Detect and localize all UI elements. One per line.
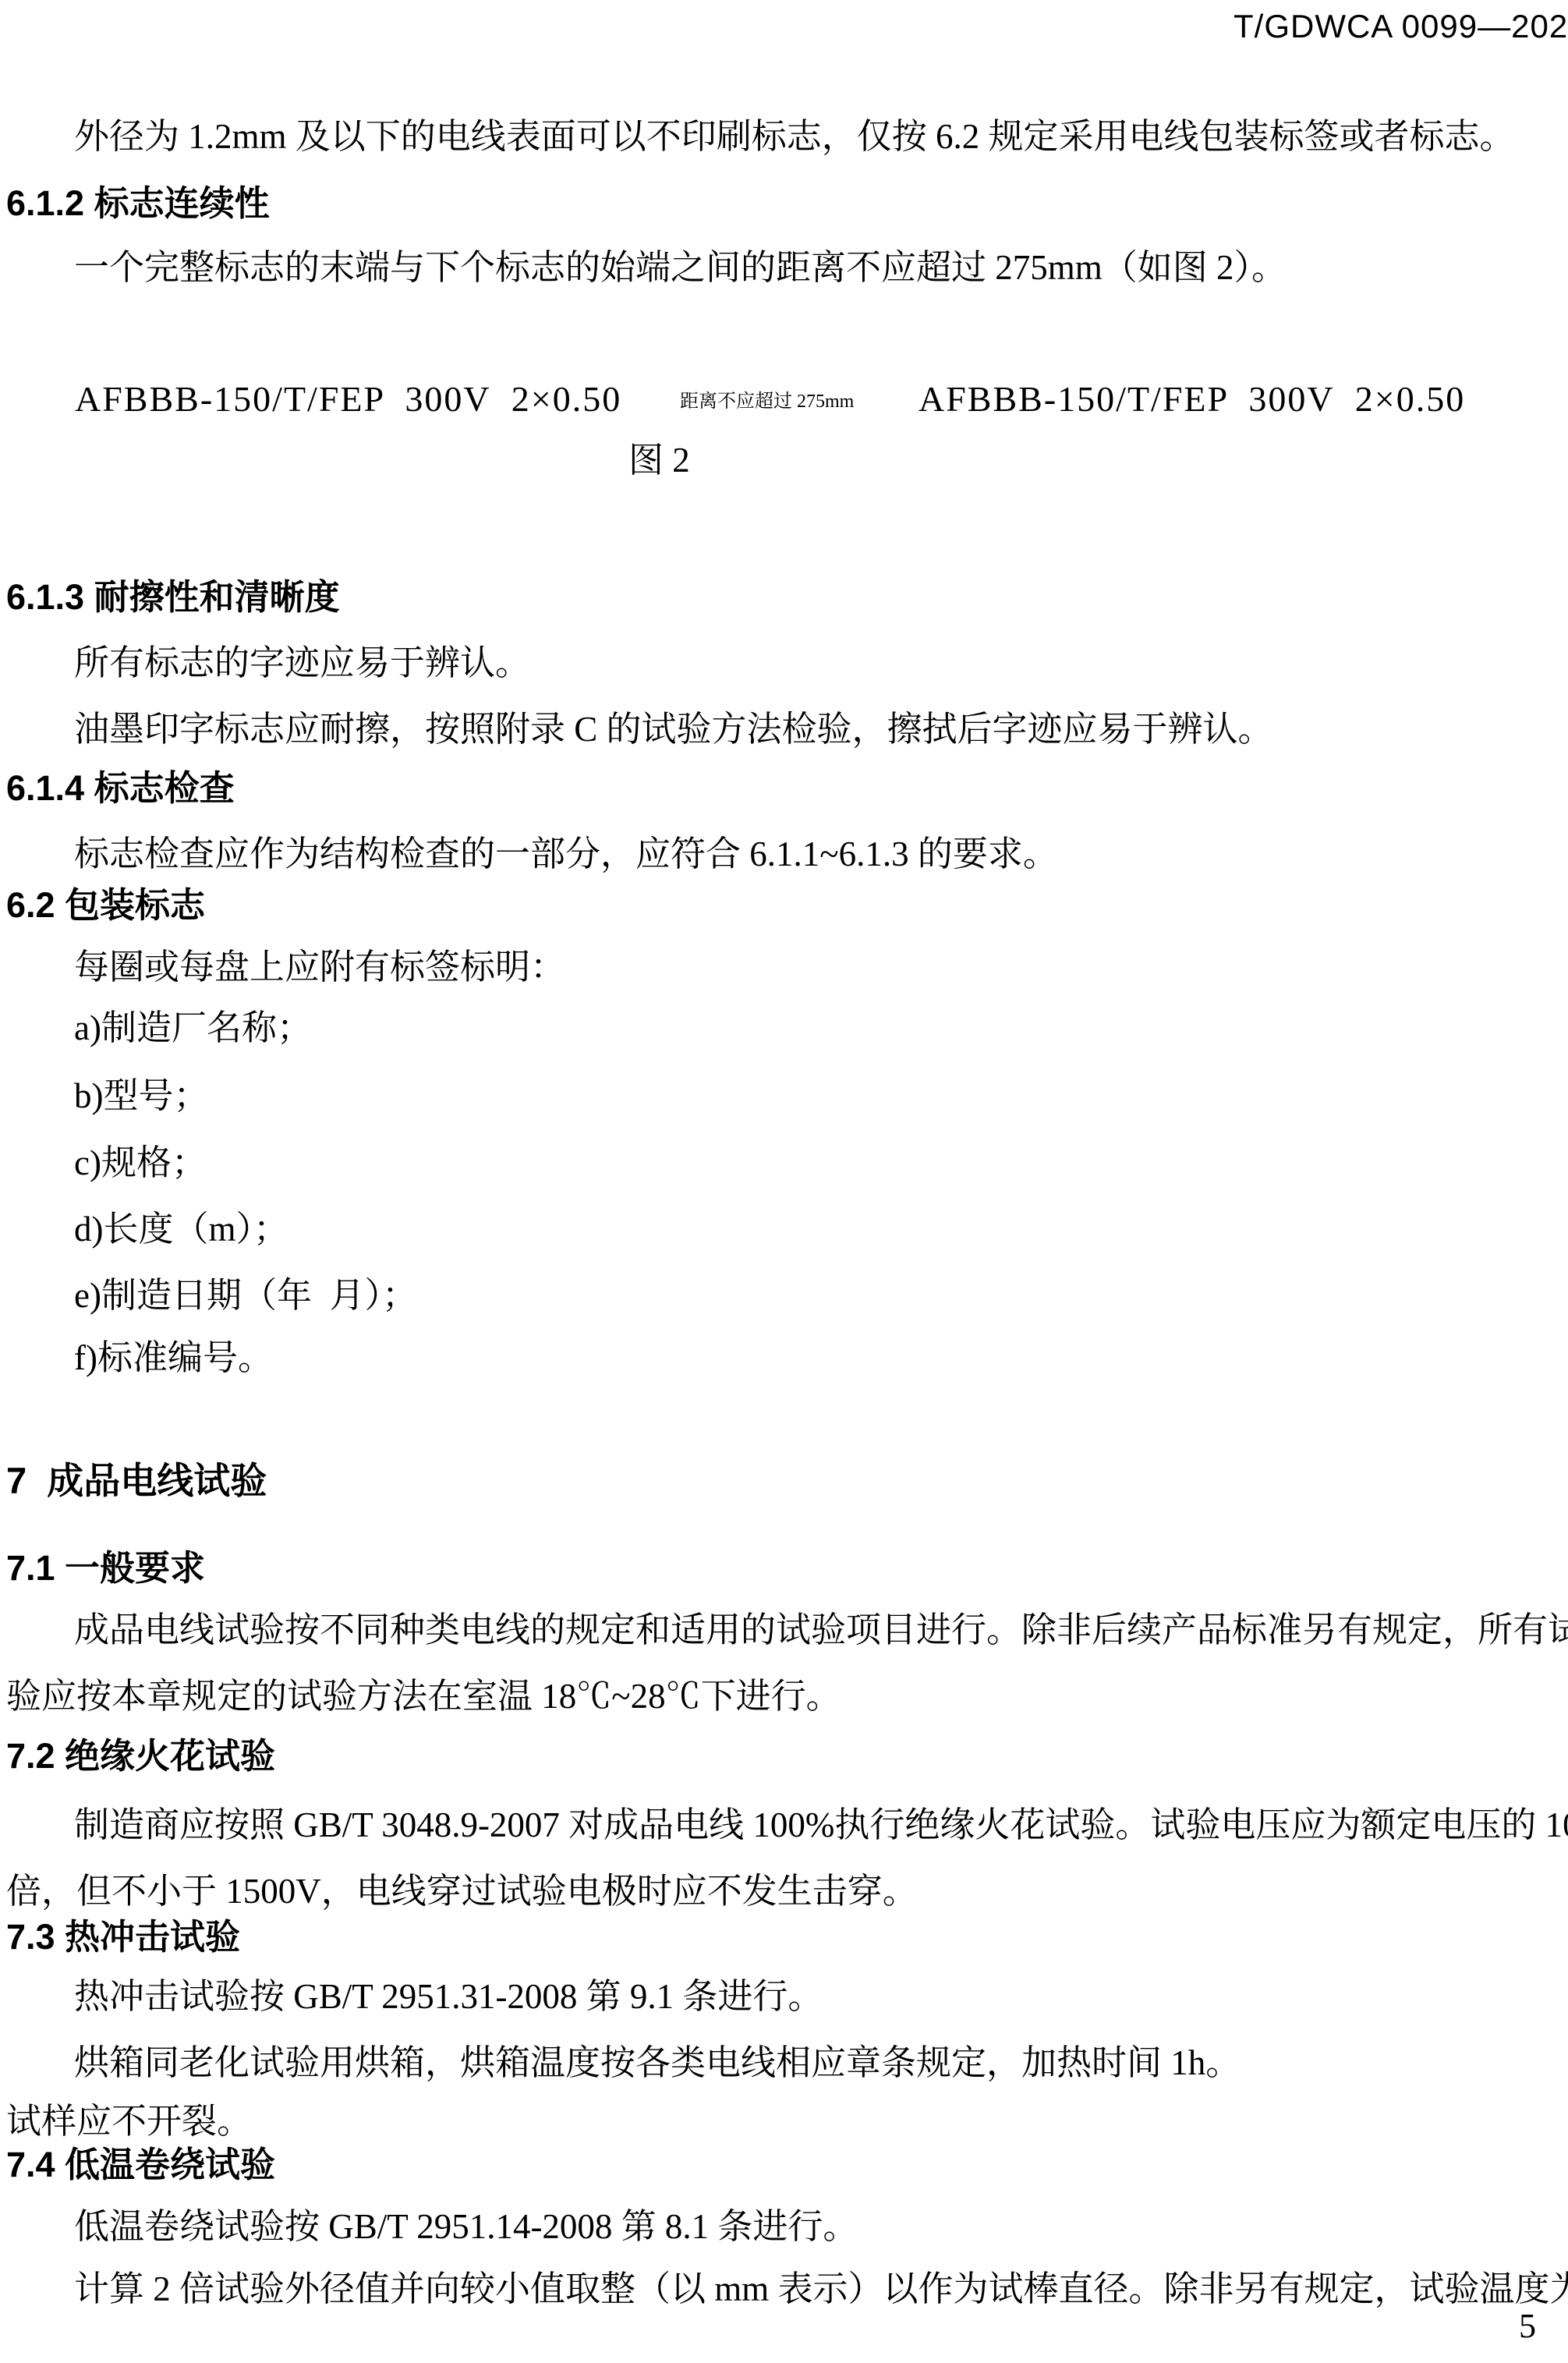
list-item-f: f)标准编号。 [74, 1338, 273, 1379]
section-heading-6-1-4: 6.1.4 标志检查 [6, 768, 235, 809]
paragraph-6-1-2: 一个完整标志的末端与下个标志的始端之间的距离不应超过 275mm（如图 2）。 [74, 248, 1287, 289]
section-heading-7-3: 7.3 热冲击试验 [6, 1917, 240, 1957]
paragraph-7-4-p2: 计算 2 倍试验外径值并向较小值取整（以 mm 表示）以作为试棒直径。除非另有规… [74, 2269, 1568, 2310]
paragraph-7-1-line1: 成品电线试验按不同种类电线的规定和适用的试验项目进行。除非后续产品标准另有规定，… [74, 1610, 1568, 1651]
chapter-heading-7: 7 成品电线试验 [6, 1460, 267, 1502]
section-heading-7-2: 7.2 绝缘火花试验 [6, 1736, 275, 1777]
list-item-a: a)制造厂名称； [74, 1008, 312, 1049]
paragraph-7-3-p2: 烘箱同老化试验用烘箱，烘箱温度按各类电线相应章条规定，加热时间 1h。 [74, 2043, 1241, 2084]
paragraph-7-2-line2: 倍，但不小于 1500V，电线穿过试验电极时应不发生击穿。 [6, 1872, 918, 1912]
paragraph-7-1-line2: 验应按本章规定的试验方法在室温 18℃~28℃下进行。 [6, 1677, 841, 1717]
paragraph-7-4-p1: 低温卷绕试验按 GB/T 2951.14-2008 第 8.1 条进行。 [74, 2207, 858, 2248]
section-heading-7-1: 7.1 一般要求 [6, 1548, 205, 1589]
paragraph-6-1-3-p1: 所有标志的字迹应易于辨认。 [74, 643, 530, 684]
section-heading-7-4: 7.4 低温卷绕试验 [6, 2145, 275, 2185]
section-heading-6-1-2: 6.1.2 标志连续性 [6, 183, 270, 224]
list-item-c: c)规格； [74, 1143, 207, 1184]
paragraph-7-2-line1: 制造商应按照 GB/T 3048.9-2007 对成品电线 100%执行绝缘火花… [74, 1805, 1568, 1846]
paragraph-6-1-3-p2: 油墨印字标志应耐擦，按照附录 C 的试验方法检验，擦拭后字迹应易于辨认。 [74, 710, 1273, 750]
list-item-d: d)长度（m）； [74, 1210, 288, 1250]
page-number: 5 [1519, 2307, 1536, 2347]
paragraph-6-1-4-p1: 标志检查应作为结构检查的一部分，应符合 6.1.1~6.1.3 的要求。 [74, 834, 1058, 875]
document-page: T/GDWCA 0099—2022 外径为 1.2mm 及以下的电线表面可以不印… [0, 0, 1568, 2363]
figure-marking-right: AFBBB-150/T/FEP 300V 2×0.50 [919, 379, 1465, 420]
list-item-b: b)型号； [74, 1076, 209, 1117]
paragraph-6-2-p1: 每圈或每盘上应附有标签标明： [74, 948, 565, 988]
list-item-e: e)制造日期（年 月）； [74, 1276, 417, 1316]
figure-caption: 图 2 [628, 441, 690, 481]
figure-marking-left: AFBBB-150/T/FEP 300V 2×0.50 [75, 379, 621, 420]
figure-distance-note: 距离不应超过 275mm [680, 391, 854, 413]
section-heading-6-1-3: 6.1.3 耐擦性和清晰度 [6, 577, 340, 618]
standard-number: T/GDWCA 0099—2022 [1234, 8, 1568, 45]
section-heading-6-2: 6.2 包装标志 [6, 885, 205, 926]
paragraph-7-3-p1: 热冲击试验按 GB/T 2951.31-2008 第 9.1 条进行。 [74, 1977, 823, 2018]
paragraph-7-3-p3: 试样应不开裂。 [6, 2102, 252, 2142]
intro-paragraph: 外径为 1.2mm 及以下的电线表面可以不印刷标志，仅按 6.2 规定采用电线包… [74, 117, 1515, 158]
